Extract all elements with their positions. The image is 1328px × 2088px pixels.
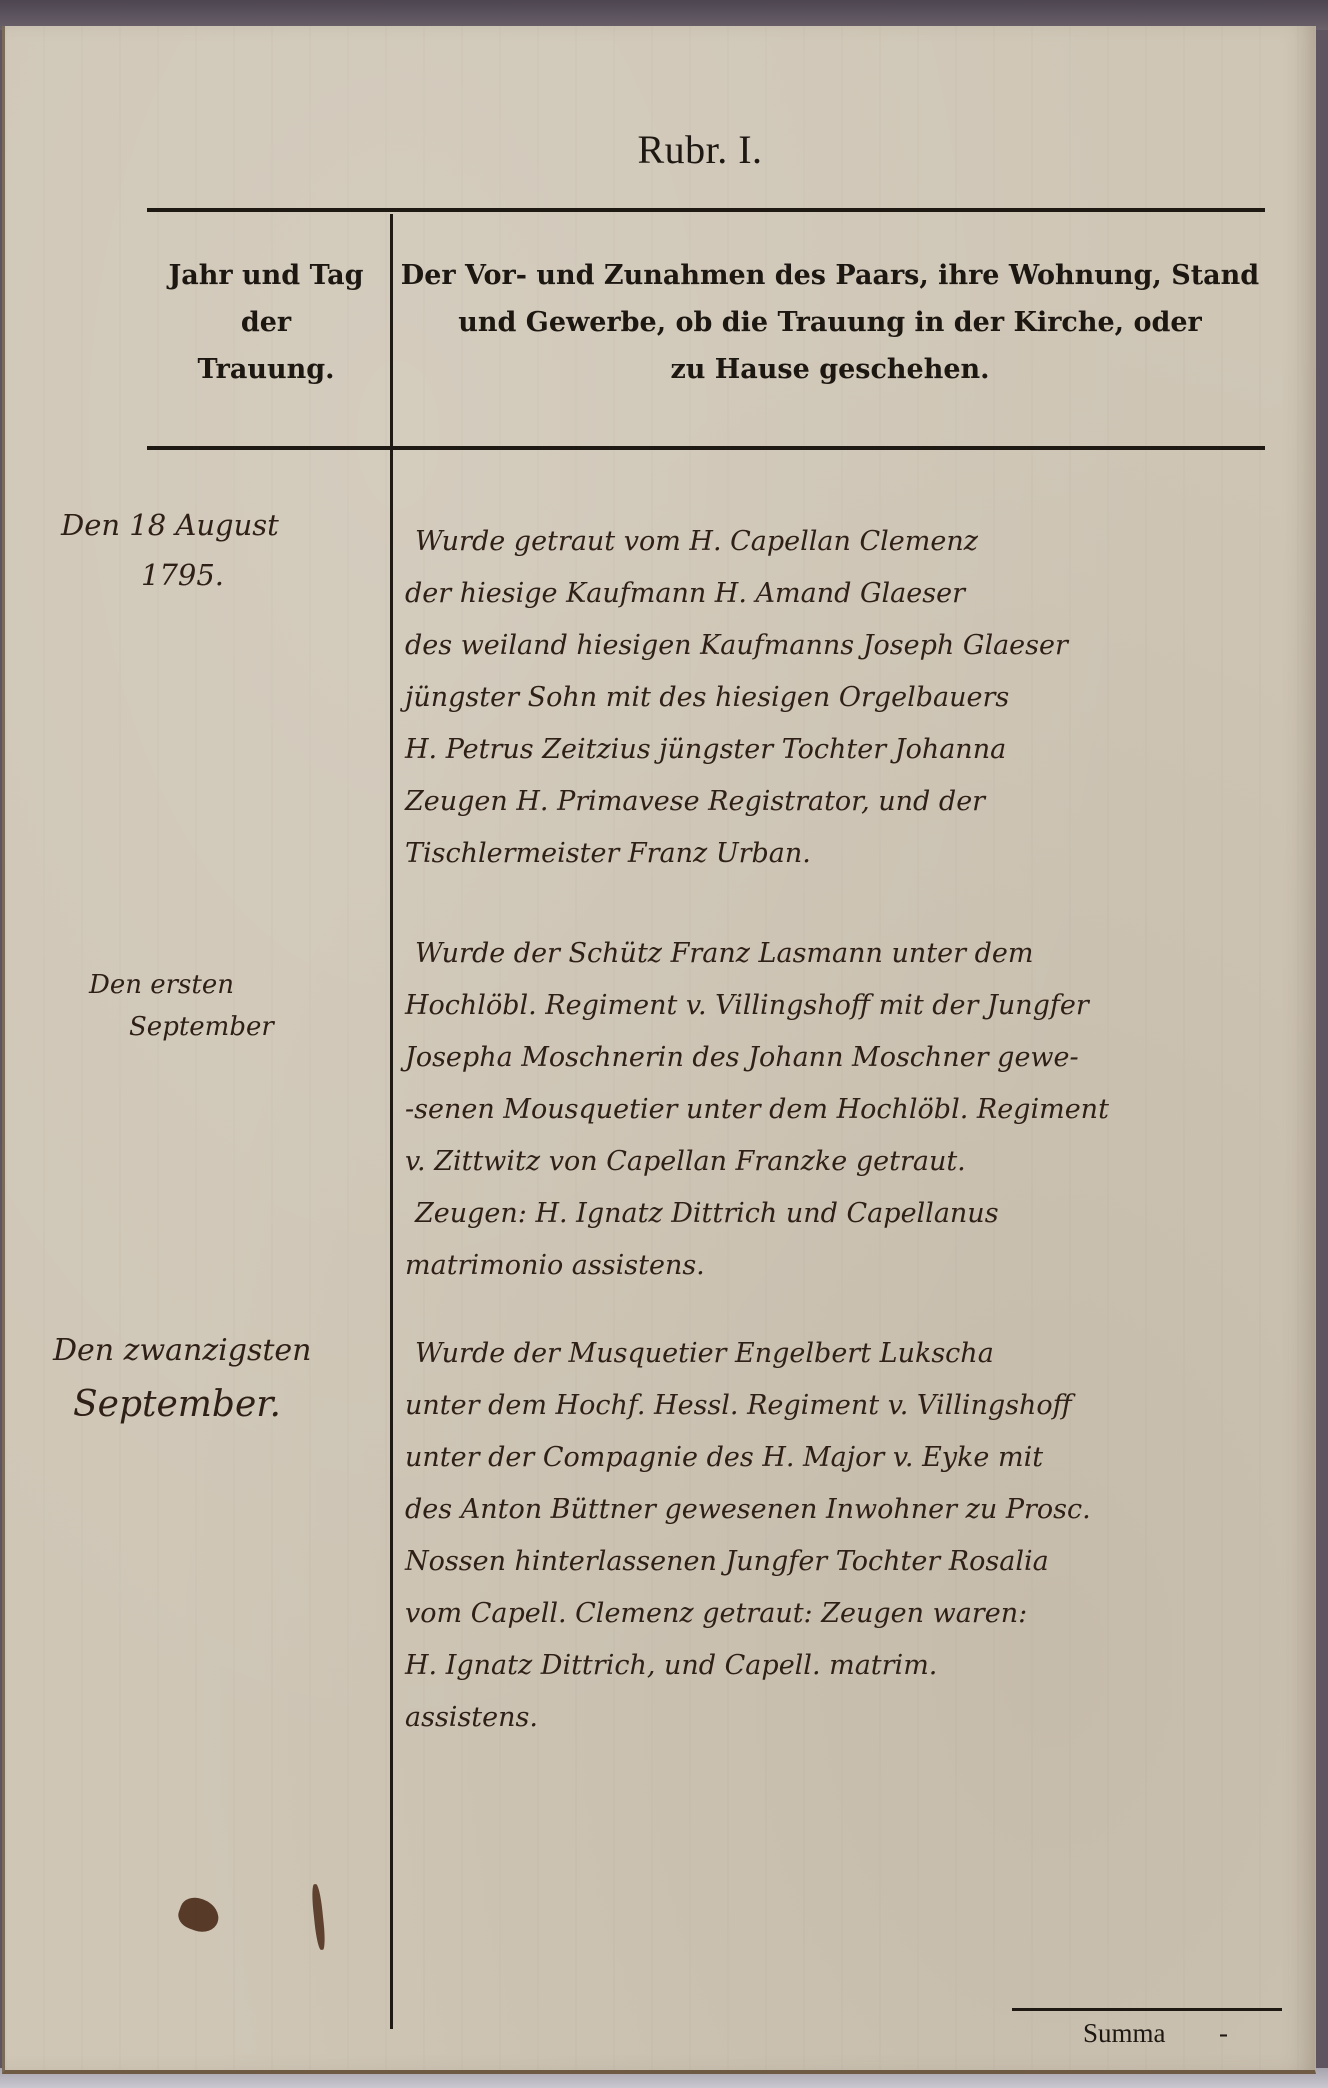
entry-line: H. Petrus Zeitzius jüngster Tochter Joha… [405,724,1265,776]
entry-line: der hiesige Kaufmann H. Amand Glaeser [405,568,1265,620]
entry-line: unter dem Hochf. Hessl. Regiment v. Vill… [405,1380,1265,1432]
entry-line: Wurde der Musquetier Engelbert Lukscha [405,1328,1265,1380]
entry-text: Wurde getraut vom H. Capellan Clemenz de… [405,516,1265,880]
date-line: Den ersten [89,964,274,1006]
entry-header-line: Der Vor- und Zunahmen des Paars, ihre Wo… [395,252,1265,299]
entry-line: Zeugen H. Primavese Registrator, und der [405,776,1265,828]
date-line: Den 18 August [61,500,279,550]
ink-stain [175,1893,224,1937]
summa-label: Summa [1083,2018,1166,2049]
entry-line: Wurde der Schütz Franz Lasmann unter dem [405,928,1265,980]
date-line: September. [53,1378,312,1432]
date-column-header: Jahr und Tag der Trauung. [147,252,385,393]
entry-text: Wurde der Schütz Franz Lasmann unter dem… [405,928,1265,1292]
date-line: Den zwanzigsten [53,1324,312,1378]
entry-line: Tischlermeister Franz Urban. [405,828,1265,880]
entry-line: des weiland hiesigen Kaufmanns Joseph Gl… [405,620,1265,672]
entry-line: Wurde getraut vom H. Capellan Clemenz [405,516,1265,568]
entry-line: vom Capell. Clemenz getraut: Zeugen ware… [405,1588,1265,1640]
register-page: Rubr. I. Jahr und Tag der Trauung. Der V… [2,26,1316,2074]
ink-stain [311,1884,327,1951]
entry-header-line: und Gewerbe, ob die Trauung in der Kirch… [395,299,1265,346]
entry-line: -senen Mousquetier unter dem Hochlöbl. R… [405,1084,1265,1136]
date-line: September [89,1006,274,1048]
entry-text: Wurde der Musquetier Engelbert Lukscha u… [405,1328,1265,1744]
entry-line: matrimonio assistens. [405,1240,1265,1292]
date-line: 1795. [61,550,279,600]
entry-date: Den 18 August 1795. [61,500,279,600]
column-divider [390,214,393,2029]
entry-line: assistens. [405,1692,1265,1744]
entry-line: Zeugen: H. Ignatz Dittrich und Capellanu… [405,1188,1265,1240]
entry-line: jüngster Sohn mit des hiesigen Orgelbaue… [405,672,1265,724]
rubric-label: Rubr. I. [637,127,762,172]
summa-rule [1012,2008,1282,2011]
entry-line: Nossen hinterlassenen Jungfer Tochter Ro… [405,1536,1265,1588]
entry-column-header: Der Vor- und Zunahmen des Paars, ihre Wo… [395,252,1265,393]
header-bottom-rule [147,446,1265,450]
entry-date: Den zwanzigsten September. [53,1324,312,1432]
header-top-rule [147,208,1265,212]
date-header-line: der [147,299,385,346]
entry-line: Josepha Moschnerin des Johann Moschner g… [405,1032,1265,1084]
rubric-title: Rubr. I. [5,126,1315,173]
entry-line: unter der Compagnie des H. Major v. Eyke… [405,1432,1265,1484]
entry-line: Hochlöbl. Regiment v. Villingshoff mit d… [405,980,1265,1032]
entry-date: Den ersten September [89,964,274,1048]
entry-header-line: zu Hause geschehen. [395,346,1265,393]
entry-line: H. Ignatz Dittrich, und Capell. matrim. [405,1640,1265,1692]
date-header-line: Trauung. [147,346,385,393]
summa-value: - [1219,2018,1228,2049]
date-header-line: Jahr und Tag [147,252,385,299]
entry-line: v. Zittwitz von Capellan Franzke getraut… [405,1136,1265,1188]
entry-line: des Anton Büttner gewesenen Inwohner zu … [405,1484,1265,1536]
